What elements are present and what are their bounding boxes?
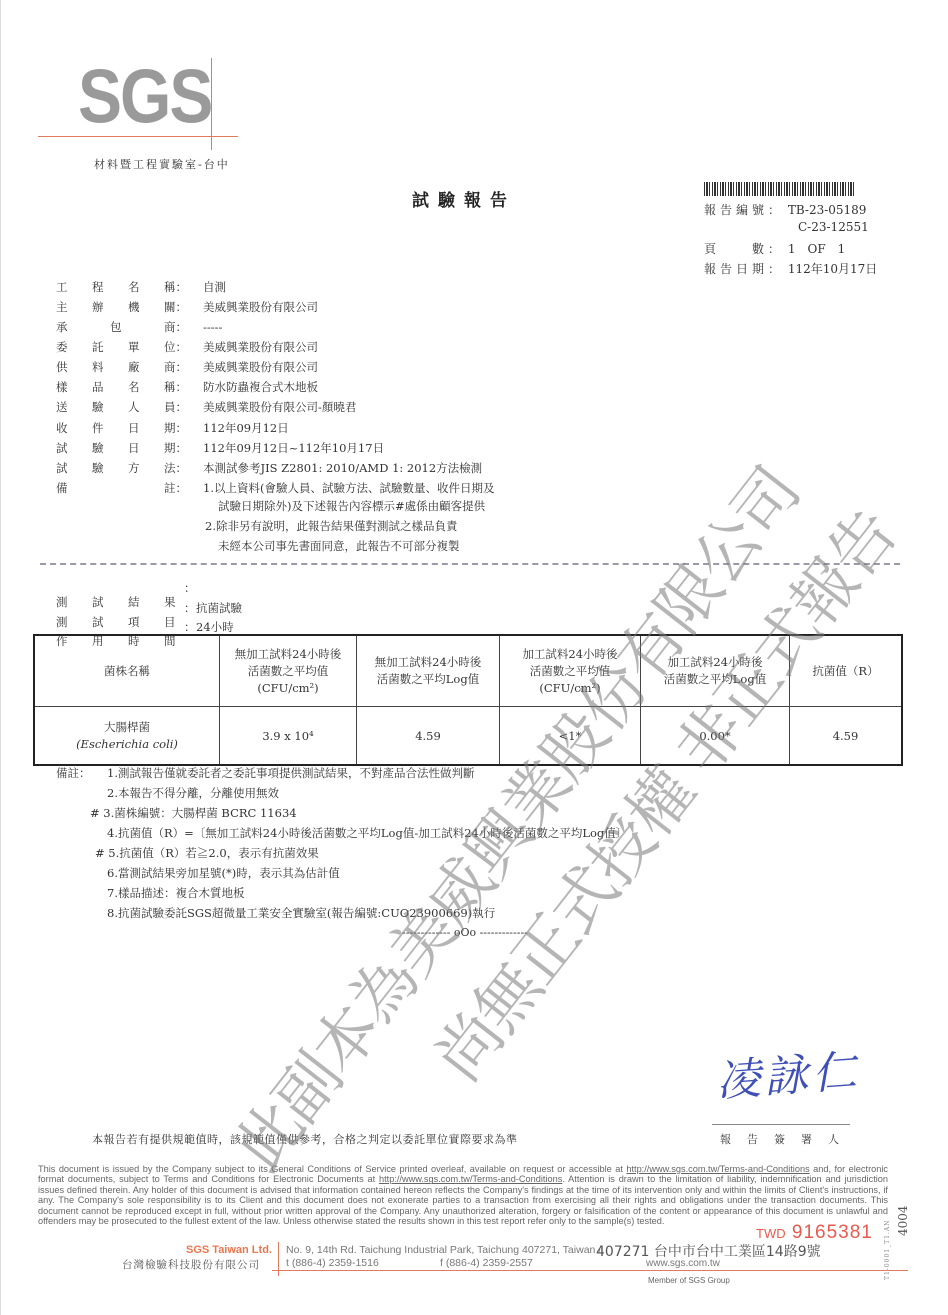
note-line: 2.除非另有說明，此報告結果僅對測試之樣品負責 [205, 518, 457, 534]
legal-text: This document is issued by the Company s… [38, 1164, 626, 1174]
r-value-cell: 4.59 [790, 707, 903, 766]
field-row: 試驗方法：本測試參考JIS Z2801: 2010/AMD 1: 2012方法檢… [56, 458, 186, 478]
field-value: 美威興業股份有限公司 [203, 357, 318, 377]
footer-rule [272, 1270, 908, 1271]
field-row: 工程名稱：自測 [56, 277, 186, 297]
field-row: 備註：1.以上資料(會驗人員、試驗方法、試驗數量、收件日期及 [56, 478, 186, 498]
note-line: 試驗日期除外)及下述報告內容標示#處係由顧客提供 [218, 498, 485, 514]
field-row: 供料廠商：美威興業股份有限公司 [56, 357, 186, 377]
report-number-label: 報告編號： [704, 201, 784, 218]
fax: f (886-4) 2359-2557 [440, 1257, 533, 1269]
serial-value: 9165381 [792, 1222, 873, 1243]
field-value: ----- [203, 317, 222, 337]
field-value: 本測試參考JIS Z2801: 2010/AMD 1: 2012方法檢測 [203, 458, 482, 478]
test-item-row: 測試項目： 抗菌試驗 [56, 598, 186, 618]
document-title: 試驗報告 [412, 186, 516, 211]
field-value: 112年09月12日 [203, 418, 289, 438]
remark-item: # 5.抗菌值（R）若≧2.0，表示有抗菌效果 [95, 845, 319, 861]
field-value: 112年09月12日~112年10月17日 [203, 438, 384, 458]
section-divider [40, 563, 900, 567]
address-en: No. 9, 14th Rd. Taichung Industrial Park… [286, 1244, 601, 1256]
signer-label: 報告簽署人 [720, 1131, 855, 1147]
terms-link[interactable]: http://www.sgs.com.tw/Terms-and-Conditio… [626, 1164, 809, 1174]
field-row: 委託單位：美威興業股份有限公司 [56, 337, 186, 357]
remark-item: 7.樣品描述：複合木質地板 [107, 885, 244, 901]
member-text: Member of SGS Group [648, 1276, 730, 1285]
untreated-log-cell: 4.59 [357, 707, 500, 766]
website[interactable]: www.sgs.com.tw [646, 1258, 720, 1269]
field-row: 送驗人員：美威興業股份有限公司-顏曉君 [56, 397, 186, 417]
remarks-label: 備註： [56, 765, 91, 781]
legal-disclaimer: This document is issued by the Company s… [38, 1164, 888, 1226]
signature: 凌詠仁 [714, 1035, 862, 1109]
report-date-label: 報告日期： [704, 260, 784, 277]
side-form-code: T1-0001_T1.AN [884, 1220, 891, 1280]
report-date: 112年10月17日 [788, 262, 877, 276]
page-edge [0, 0, 1, 1315]
report-number: TB-23-05189 [788, 203, 867, 217]
logo-rule [38, 136, 238, 137]
field-row: 收件日期：112年09月12日 [56, 418, 186, 438]
results-heading: 測試結果： [56, 578, 186, 598]
field-row: 樣品名稱：防水防蟲複合式木地板 [56, 377, 186, 397]
serial-prefix: TWD [756, 1226, 786, 1241]
logo-rule-vertical [211, 58, 212, 150]
field-value: 美威興業股份有限公司 [203, 337, 318, 357]
test-item: 抗菌試驗 [196, 598, 242, 618]
column-header: 無加工試料24小時後活菌數之平均Log值 [357, 635, 500, 707]
pages-row: 頁 數： 1 OF 1 [704, 240, 845, 257]
remark-item: 1.測試報告僅就委託者之委託事項提供測試結果，不對產品合法性做判斷 [107, 765, 474, 781]
untreated-cfu-cell: 3.9 x 10⁴ [220, 707, 357, 766]
signature-line [712, 1124, 850, 1125]
field-value: 美威興業股份有限公司 [203, 297, 318, 317]
lab-name: 材料暨工程實驗室-台中 [94, 156, 230, 172]
note-line: 未經本公司事先書面同意，此報告不可部分複製 [218, 538, 460, 554]
remark-item: 6.當測試結果旁加星號(*)時，表示其為估計值 [107, 865, 340, 881]
pages-label: 頁 數： [704, 240, 784, 257]
strain-name-latin: (Escherichia coli) [36, 736, 218, 753]
report-date-row: 報告日期： 112年10月17日 [704, 260, 877, 277]
report-number-row: 報告編號： TB-23-05189 [704, 201, 866, 218]
remark-item: # 3.菌株編號：大腸桿菌 BCRC 11634 [90, 805, 297, 821]
electronic-terms-link[interactable]: http://www.sgs.com.tw/Terms-and-Conditio… [379, 1174, 562, 1184]
phone: t (886-4) 2359-1516 [286, 1257, 379, 1269]
company-name-en: SGS Taiwan Ltd. [186, 1244, 272, 1256]
sgs-logo: SGS [78, 58, 211, 134]
column-header: 無加工試料24小時後活菌數之平均值(CFU/cm²) [220, 635, 357, 707]
field-value: 自測 [203, 277, 226, 297]
column-header: 菌株名稱 [34, 635, 220, 707]
report-number-2: C-23-12551 [798, 220, 869, 234]
pages-value: 1 OF 1 [788, 242, 845, 256]
company-name-cn: 台灣檢驗科技股份有限公司 [122, 1257, 260, 1272]
field-value: 1.以上資料(會驗人員、試驗方法、試驗數量、收件日期及 [203, 478, 494, 498]
field-row: 承包商：----- [56, 317, 186, 337]
side-code: 4004 [896, 1205, 910, 1236]
strain-name-cn: 大腸桿菌 [36, 719, 218, 736]
field-value: 防水防蟲複合式木地板 [203, 377, 318, 397]
field-row: 試驗日期：112年09月12日~112年10月17日 [56, 438, 186, 458]
remark-item: 2.本報告不得分離，分離使用無效 [107, 785, 279, 801]
strain-cell: 大腸桿菌 (Escherichia coli) [34, 707, 220, 766]
barcode [704, 182, 856, 196]
field-row: 主辦機關：美威興業股份有限公司 [56, 297, 186, 317]
field-value: 美威興業股份有限公司-顏曉君 [203, 397, 356, 417]
